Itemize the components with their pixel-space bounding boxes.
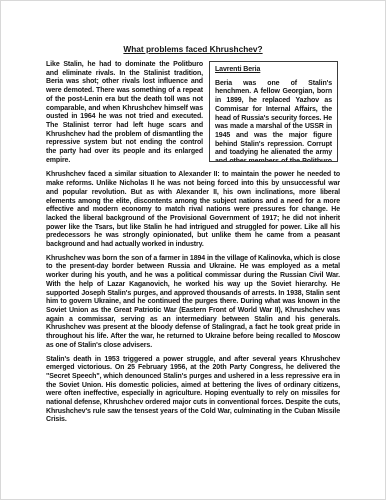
beria-info-box: Lavrenti Beria Beria was one of Stalin's…: [209, 61, 338, 162]
paragraph-power-struggle: Stalin's death in 1953 triggered a power…: [46, 356, 340, 426]
paragraph-intro: Like Stalin, he had to dominate the Poli…: [46, 61, 203, 165]
paragraph-alexander-comparison: Khrushchev faced a similar situation to …: [46, 171, 340, 249]
info-box-heading: Lavrenti Beria: [215, 66, 332, 75]
page-title: What problems faced Khrushchev?: [46, 44, 340, 54]
info-box-body: Beria was one of Stalin's henchmen. A fe…: [215, 80, 332, 162]
document-page: What problems faced Khrushchev? Like Sta…: [0, 0, 386, 500]
paragraph-early-life: Khrushchev was born the son of a farmer …: [46, 255, 340, 351]
top-section: Like Stalin, he had to dominate the Poli…: [46, 61, 340, 165]
